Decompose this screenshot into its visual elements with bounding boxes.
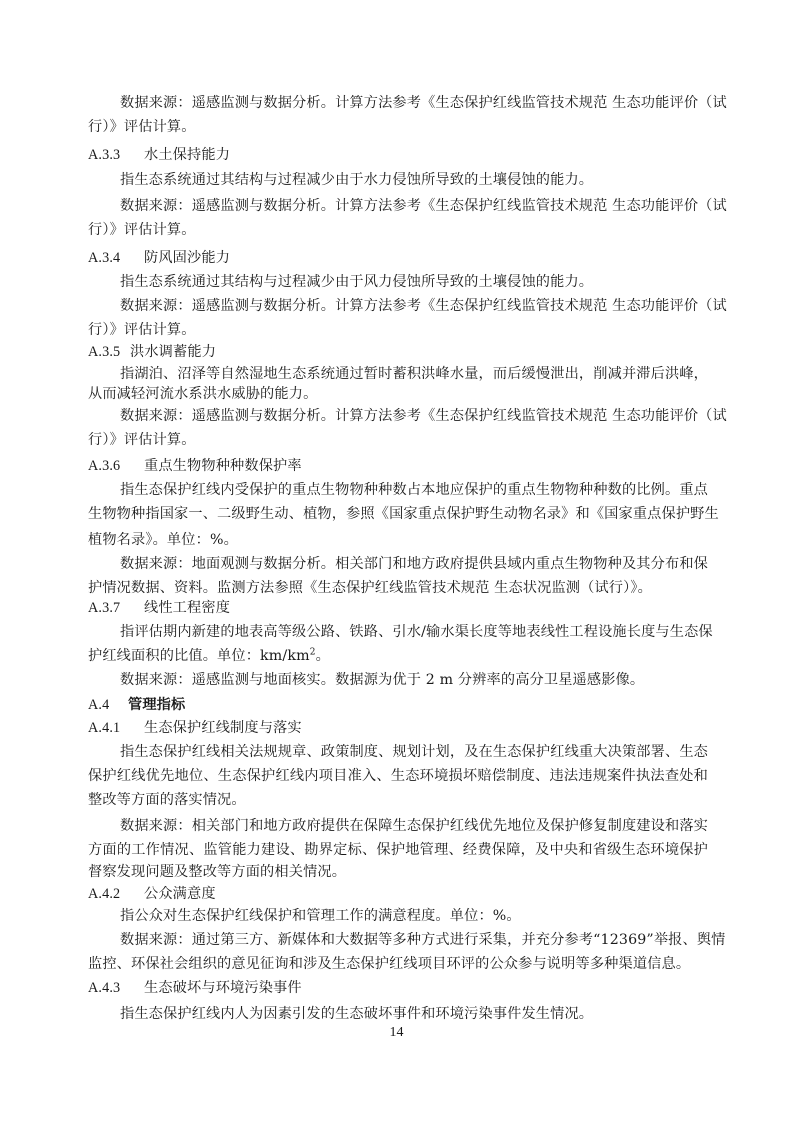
- paragraph-line: 数据来源：遥感监测与数据分析。计算方法参考《生态保护红线监管技术规范 生态功能评…: [120, 94, 708, 112]
- paragraph-line: 保护红线优先地位、生态保护红线内项目准入、生态环境损坏赔偿制度、违法违规案件执法…: [88, 767, 708, 785]
- paragraph-line: 指生态保护红线内受保护的重点生物物种种数占本地应保护的重点生物物种种数的比例。重…: [120, 481, 708, 499]
- section-heading-a-4: A.4管理指标: [88, 696, 708, 714]
- section-title: 生态破坏与环境污染事件: [144, 980, 302, 996]
- paragraph-line: 护红线面积的比值。单位：km/km2。: [88, 647, 708, 665]
- section-title: 公众满意度: [144, 886, 216, 902]
- section-number: A.3.7: [88, 599, 144, 617]
- paragraph-line: 指公众对生态保护红线保护和管理工作的满意程度。单位：%。: [120, 907, 708, 925]
- section-heading-a-4-2: A.4.2公众满意度: [88, 885, 708, 903]
- paragraph-line: 数据来源：相关部门和地方政府提供在保障生态保护红线优先地位及保护修复制度建设和落…: [120, 817, 708, 835]
- paragraph-line: 指生态系统通过其结构与过程减少由于水力侵蚀所导致的土壤侵蚀的能力。: [120, 171, 708, 189]
- section-heading-a-3-7: A.3.7线性工程密度: [88, 599, 708, 617]
- section-title: 线性工程密度: [144, 600, 230, 616]
- section-number: A.4.3: [88, 979, 144, 997]
- section-heading-a-3-5: A.3.5洪水调蓄能力: [88, 343, 708, 361]
- section-title: 防风固沙能力: [144, 250, 230, 266]
- paragraph-line: 指生态保护红线内人为因素引发的生态破坏事件和环境污染事件发生情况。: [120, 1005, 708, 1023]
- section-number: A.4.2: [88, 885, 144, 903]
- paragraph-line: 数据来源：遥感监测与数据分析。计算方法参考《生态保护红线监管技术规范 生态功能评…: [120, 407, 708, 425]
- section-number: A.3.6: [88, 457, 144, 475]
- section-number: A.3.3: [88, 146, 144, 164]
- paragraph-line: 整改等方面的落实情况。: [88, 791, 708, 809]
- paragraph-line: 植物名录》。单位：%。: [88, 531, 708, 549]
- paragraph-line: 护情况数据、资料。监测方法参照《生态保护红线监管技术规范 生态状况监测（试行）》…: [88, 579, 708, 597]
- paragraph-line: 行）》评估计算。: [88, 431, 708, 449]
- paragraph-line: 监控、环保社会组织的意见征询和涉及生态保护红线项目环评的公众参与说明等多种渠道信…: [88, 955, 708, 973]
- section-title: 生态保护红线制度与落实: [144, 720, 302, 736]
- paragraph-line: 指生态系统通过其结构与过程减少由于风力侵蚀所导致的土壤侵蚀的能力。: [120, 273, 708, 291]
- punctuation: 。: [316, 648, 330, 664]
- unit-text: 护红线面积的比值。单位：km/km: [88, 648, 310, 664]
- paragraph-line: 督察发现问题及整改等方面的相关情况。: [88, 863, 708, 881]
- paragraph-line: 行）》评估计算。: [88, 321, 708, 339]
- paragraph-line: 数据来源：地面观测与数据分析。相关部门和地方政府提供县域内重点生物物种及其分布和…: [120, 555, 708, 573]
- section-heading-a-4-3: A.4.3生态破坏与环境污染事件: [88, 979, 708, 997]
- paragraph-line: 指湖泊、沼泽等自然湿地生态系统通过暂时蓄积洪峰水量，而后缓慢泄出，削减并滞后洪峰…: [120, 365, 708, 383]
- section-number: A.3.4: [88, 249, 144, 267]
- section-title: 水土保持能力: [144, 147, 230, 163]
- section-heading-a-3-6: A.3.6重点生物物种种数保护率: [88, 457, 708, 475]
- paragraph-line: 生物物种指国家一、二级野生动、植物，参照《国家重点保护野生动物名录》和《国家重点…: [88, 505, 708, 523]
- section-title: 重点生物物种种数保护率: [144, 458, 302, 474]
- paragraph-line: 行）》评估计算。: [88, 221, 708, 239]
- paragraph-line: 数据来源：遥感监测与数据分析。计算方法参考《生态保护红线监管技术规范 生态功能评…: [120, 197, 708, 215]
- paragraph-line: 行）》评估计算。: [88, 118, 708, 136]
- section-heading-a-4-1: A.4.1生态保护红线制度与落实: [88, 719, 708, 737]
- paragraph-line: 数据来源：遥感监测与数据分析。计算方法参考《生态保护红线监管技术规范 生态功能评…: [120, 297, 708, 315]
- section-heading-a-3-3: A.3.3水土保持能力: [88, 146, 708, 164]
- paragraph-line: 方面的工作情况、监管能力建设、勘界定标、保护地管理、经费保障，及中央和省级生态环…: [88, 841, 708, 859]
- section-heading-a-3-4: A.3.4防风固沙能力: [88, 249, 708, 267]
- section-title: 洪水调蓄能力: [130, 344, 216, 360]
- paragraph-line: 指评估期内新建的地表高等级公路、铁路、引水/输水渠长度等地表线性工程设施长度与生…: [120, 623, 708, 641]
- section-number: A.4.1: [88, 719, 144, 737]
- page-number: 14: [0, 1025, 793, 1041]
- section-number: A.3.5: [88, 343, 130, 361]
- paragraph-line: 数据来源：通过第三方、新媒体和大数据等多种方式进行采集，并充分参考“12369”…: [120, 931, 708, 949]
- paragraph-line: 从而减轻河流水系洪水威胁的能力。: [88, 385, 708, 403]
- paragraph-line: 数据来源：遥感监测与地面核实。数据源为优于 2 m 分辨率的高分卫星遥感影像。: [120, 671, 708, 689]
- section-title: 管理指标: [128, 697, 185, 713]
- section-number: A.4: [88, 696, 128, 714]
- paragraph-line: 指生态保护红线相关法规规章、政策制度、规划计划，及在生态保护红线重大决策部署、生…: [120, 743, 708, 761]
